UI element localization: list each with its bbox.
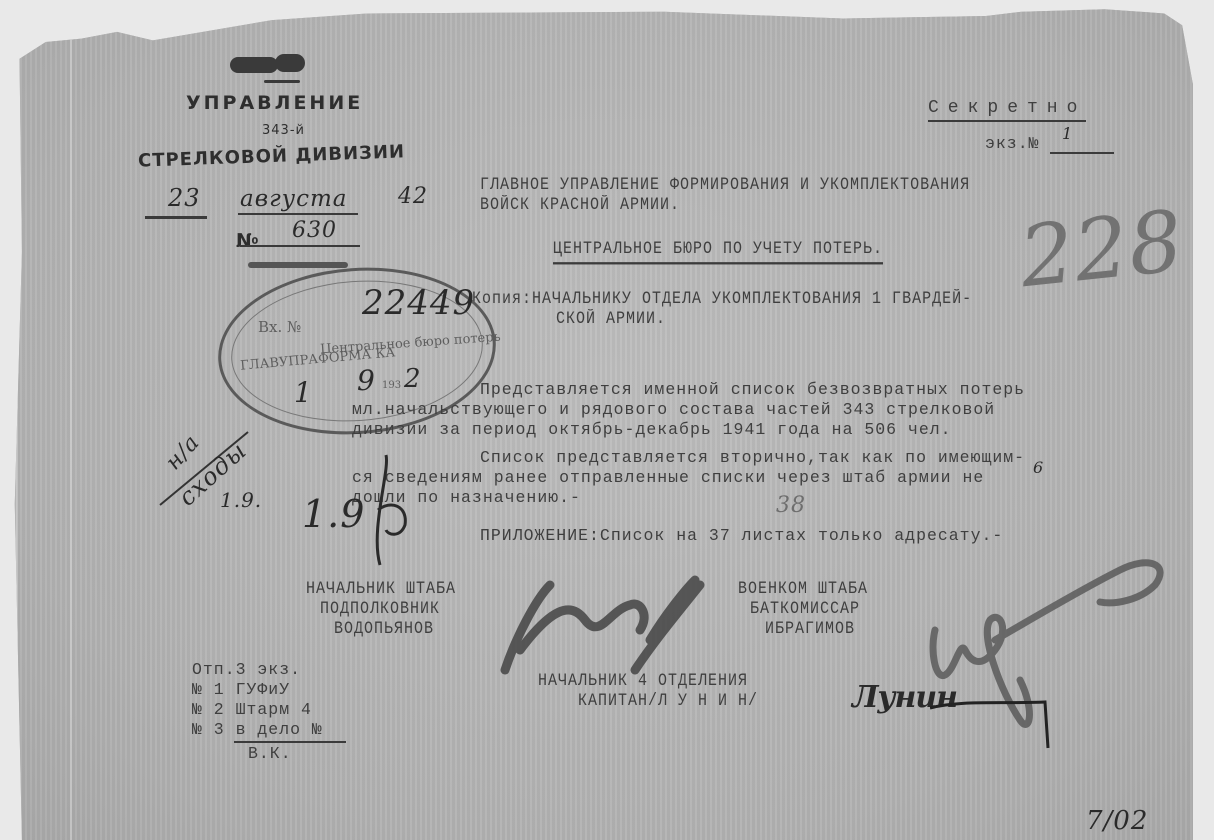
letterhead-date-day: 23 [168, 184, 201, 212]
distribution-line-3: № 2 Штарм 4 [192, 700, 312, 720]
left-signatory-name: ВОДОПЬЯНОВ [334, 618, 434, 641]
received-year-prefix: 193 [382, 380, 401, 391]
sheet-count-correction: 38 [776, 493, 806, 518]
right-signatory-name: ИБРАГИМОВ [765, 618, 855, 641]
received-stamp-number: 22449 [362, 283, 475, 323]
copy-number: 1 [1062, 124, 1073, 143]
fold-crease [70, 40, 72, 840]
stamp-rule [248, 262, 348, 268]
body-paragraph-1-line-3: дивизии за период октябрь-декабрь 1941 г… [352, 420, 952, 440]
letterhead-number-prefix: № [236, 230, 262, 252]
letterhead-date-year: 42 [398, 184, 428, 209]
army-number-insert: 6 [1033, 458, 1044, 477]
letterhead-title: УПРАВЛЕНИЕ [186, 92, 363, 114]
letterhead-number: 630 [292, 218, 337, 243]
received-stamp-number-prefix: Вх. № [258, 318, 301, 336]
fold-crease [16, 40, 18, 840]
body-paragraph-2-line-1: Список представляется вторично,так как п… [480, 448, 1025, 468]
received-date-month: 9 [357, 364, 376, 397]
stamp-rule [264, 80, 300, 83]
body-paragraph-2-line-2: ся сведениям ранее отправленные списки ч… [352, 468, 984, 488]
addressee-line-3: ЦЕНТРАЛЬНОЕ БЮРО ПО УЧЕТУ ПОТЕРЬ. [553, 238, 883, 264]
distribution-line-2: № 1 ГУФиУ [192, 680, 290, 700]
distribution-line-5: В.К. [248, 744, 292, 764]
letterhead-date-month: августа [240, 186, 347, 212]
classification-label: Секретно [928, 98, 1086, 122]
date-underline [145, 216, 207, 219]
margin-note-date: 1.9. [220, 488, 262, 512]
stamp-emblem [230, 57, 278, 73]
initials-mark [360, 450, 420, 570]
bottom-signature-flourish [930, 690, 1060, 760]
body-paragraph-1-line-1: Представляется именной список безвозврат… [480, 380, 1025, 400]
distribution-underline [234, 741, 346, 743]
archive-number: 7/02 [1086, 806, 1148, 836]
received-date-day: 1 [294, 376, 313, 409]
bottom-signatory-rank-name: КАПИТАН/Л У Н И Н/ [578, 690, 758, 713]
number-underline [240, 245, 360, 247]
received-date-year: 2 [404, 364, 422, 394]
copy-label: экз.№ [985, 134, 1040, 154]
copy-underline [1050, 152, 1114, 154]
stamp-emblem [275, 54, 305, 72]
distribution-line-1: Отп.3 экз. [192, 660, 301, 680]
letterhead-division-number: 343-й [262, 123, 305, 138]
distribution-line-4: № 3 в дело № [192, 720, 323, 740]
handwritten-date: 1.9 [302, 492, 365, 536]
addressee-line-2: ВОЙСК КРАСНОЙ АРМИИ. [480, 194, 680, 217]
body-paragraph-1-line-2: мл.начальствующего и рядового состава ча… [352, 400, 995, 420]
left-signature [490, 570, 720, 685]
copy-to-line-2: СКОЙ АРМИИ. [556, 308, 666, 331]
date-underline [238, 213, 358, 215]
copy-to-line-1: Копия:НАЧАЛЬНИКУ ОТДЕЛА УКОМПЛЕКТОВАНИЯ … [472, 288, 972, 311]
page-total-annotation: 228 [1015, 192, 1188, 307]
